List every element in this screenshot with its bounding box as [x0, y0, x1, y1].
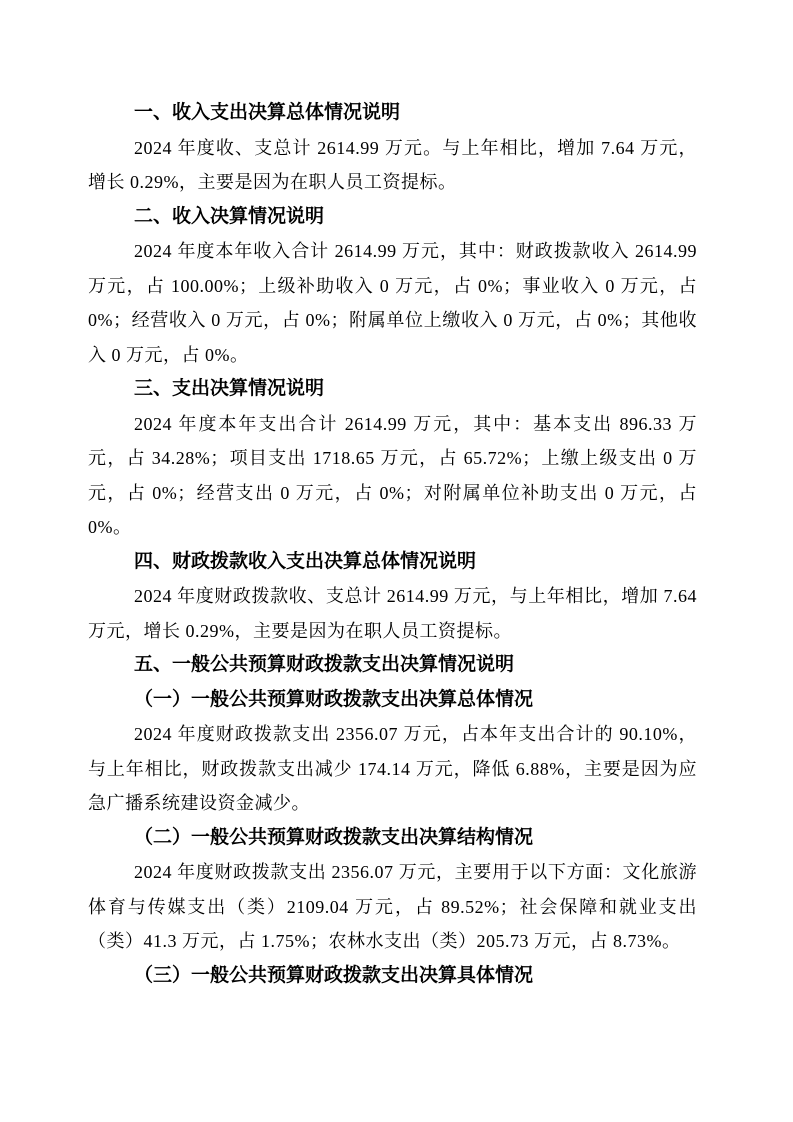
section-3-heading: 三、支出决算情况说明 [88, 372, 697, 407]
section-5-sub-1-heading: （一）一般公共预算财政拨款支出决算总体情况 [88, 683, 697, 718]
section-4-paragraph: 2024 年度财政拨款收、支总计 2614.99 万元，与上年相比，增加 7.6… [88, 579, 697, 648]
section-3-paragraph: 2024 年度本年支出合计 2614.99 万元，其中：基本支出 896.33 … [88, 407, 697, 545]
section-5-sub-2-heading: （二）一般公共预算财政拨款支出决算结构情况 [88, 821, 697, 856]
document-page: 一、收入支出决算总体情况说明 2024 年度收、支总计 2614.99 万元。与… [0, 0, 793, 1122]
section-2-heading: 二、收入决算情况说明 [88, 200, 697, 235]
section-5-heading: 五、一般公共预算财政拨款支出决算情况说明 [88, 648, 697, 683]
section-5-sub-1-paragraph: 2024 年度财政拨款支出 2356.07 万元，占本年支出合计的 90.10%… [88, 717, 697, 821]
section-5-sub-2-paragraph: 2024 年度财政拨款支出 2356.07 万元，主要用于以下方面：文化旅游体育… [88, 855, 697, 959]
section-1-heading: 一、收入支出决算总体情况说明 [88, 96, 697, 131]
section-2-paragraph: 2024 年度本年收入合计 2614.99 万元，其中：财政拨款收入 2614.… [88, 234, 697, 372]
document-content: 一、收入支出决算总体情况说明 2024 年度收、支总计 2614.99 万元。与… [88, 96, 697, 993]
section-4-heading: 四、财政拨款收入支出决算总体情况说明 [88, 545, 697, 580]
section-5-sub-3-heading: （三）一般公共预算财政拨款支出决算具体情况 [88, 959, 697, 994]
section-1-paragraph: 2024 年度收、支总计 2614.99 万元。与上年相比，增加 7.64 万元… [88, 131, 697, 200]
